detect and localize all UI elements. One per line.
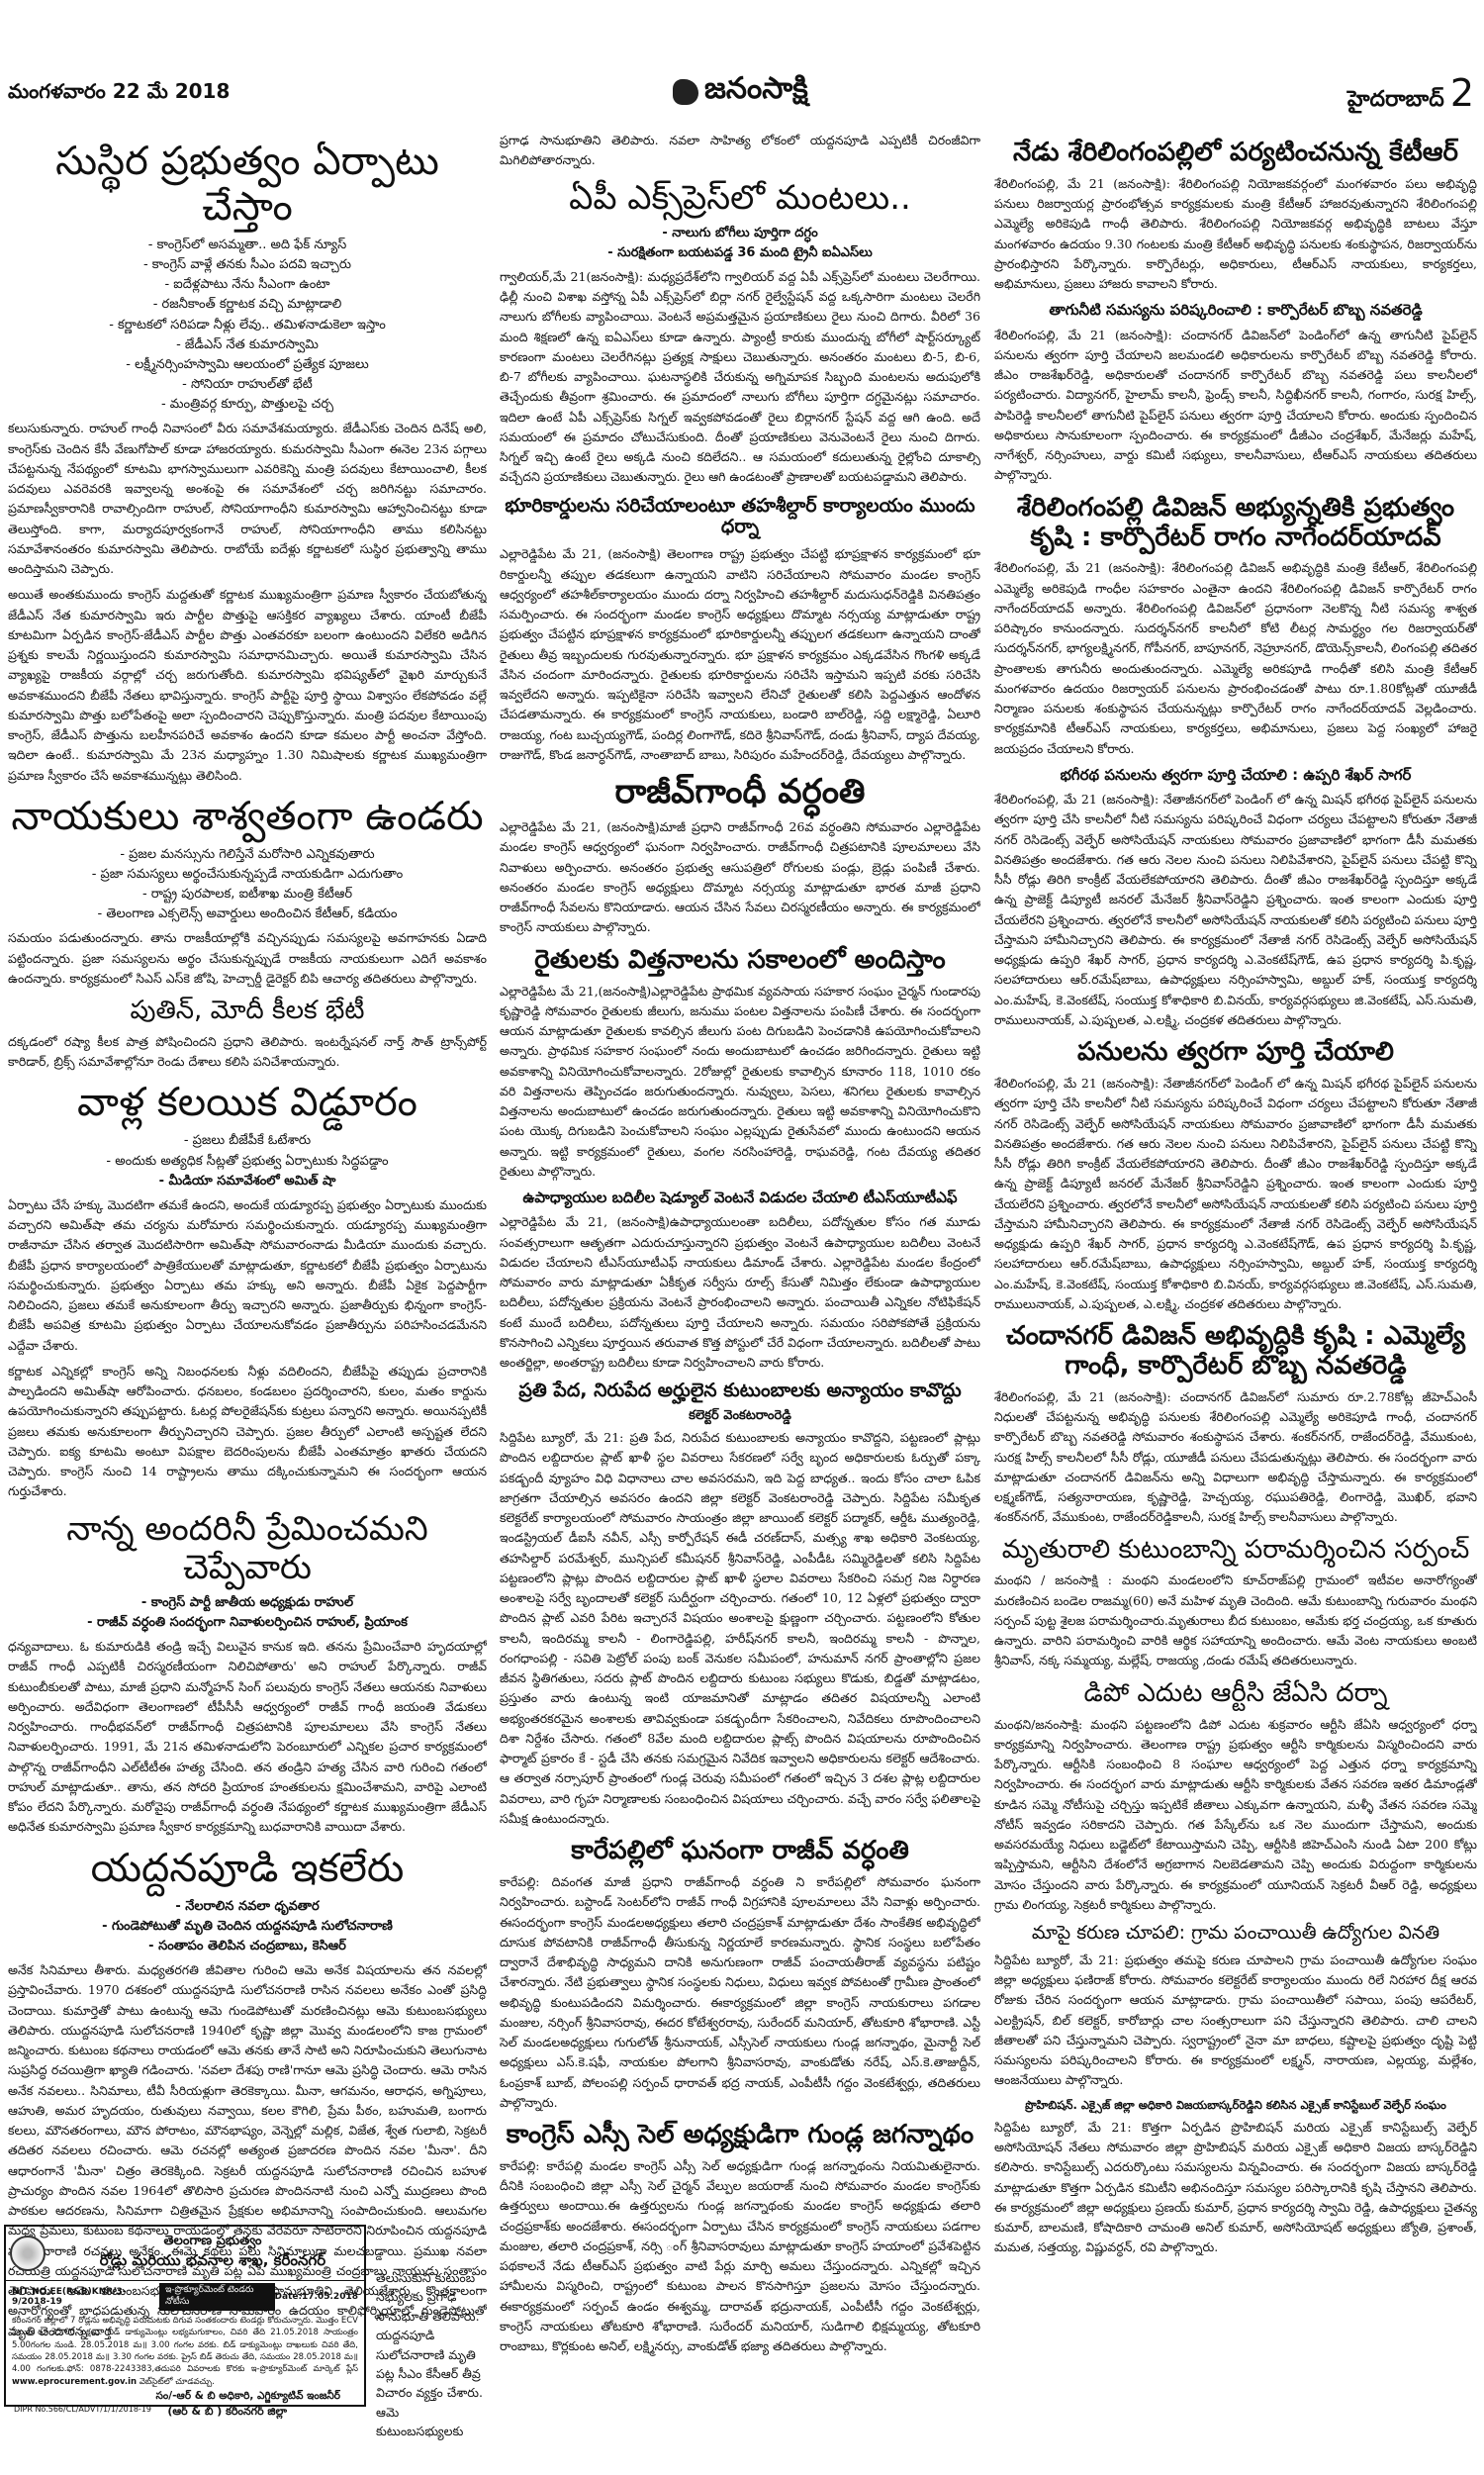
article-continuation: ప్రగాఢ సానుభూతిని తెలిపారు. నవలా సాహిత్య… bbox=[500, 131, 980, 171]
edition-city: హైదరాబాద్2 bbox=[1347, 71, 1474, 117]
headline-line: శేరిలింగంపల్లి డివిజన్ అభ్యున్నతికి ప్రభ… bbox=[1017, 493, 1454, 523]
headline: భగీరథ పనులను త్వరగా పూర్తి చేయాలి : ఉప్ప… bbox=[994, 767, 1477, 784]
ad-district: (ఆర్ & బి ) కరీంనగర్ జిల్లా bbox=[167, 2405, 287, 2421]
subhead: - అందుకు అత్యధిక సీట్లతో ప్రభుత్వ ఏర్పాట… bbox=[8, 1152, 487, 1172]
article-body: ఎల్లారెడ్డిపేట మే 21, (జనంసాక్షి) తెలంగా… bbox=[500, 544, 980, 765]
article-body: ఎల్లారెడ్డిపేట మే 21, (జనంసాక్షి)మాజీ ప్… bbox=[500, 817, 980, 938]
subhead: - కాంగ్రెస్‌లో అసమ్మతా.. అది ఫేక్ న్యూస్ bbox=[8, 236, 487, 255]
tender-notice-ad: తెలంగాణ ప్రభుత్వం రోడ్లు మరియు భవనాల శాఖ… bbox=[4, 2225, 366, 2407]
headline: ఏపీ ఎక్స్‌ప్రెస్‌లో మంటలు.. bbox=[500, 179, 980, 218]
article-seeds-for-farmers: రైతులకు విత్తనాలను సకాలంలో అందిస్తాం ఎల్… bbox=[500, 946, 980, 1182]
article-body: ఎల్లారెడ్డిపేట మే 21,(జనంసాక్షి)ఎల్లారెడ… bbox=[500, 982, 980, 1183]
subhead: - రాష్ట్ర పురపాలక, ఐటీశాఖ మంత్రి కేటీఆర్ bbox=[8, 885, 487, 904]
article-teacher-transfers: ఉపాధ్యాయుల బదిలీల షెడ్యూల్ వెంటనే విడుదల… bbox=[500, 1190, 980, 1373]
ad-date: Date:17.05.2018 bbox=[275, 2292, 359, 2302]
headline: మాపై కరుణ చూపలి: గ్రామ పంచాయితీ ఉద్యోగుల… bbox=[994, 1923, 1477, 1945]
left-column: సుస్థిర ప్రభుత్వం ఏర్పాటు చేస్తాం - కాంగ… bbox=[8, 131, 487, 2397]
headline: కాంగ్రెస్ ఎస్సీ సెల్ అధ్యక్షుడిగా గుండ్ల… bbox=[500, 2121, 980, 2150]
ad-footer: DIPR No.566/CL/ADVT/1/1/2018-19 (ఆర్ & బ… bbox=[6, 2405, 364, 2421]
article-body: కర్ణాటక ఎన్నికల్లో కాంగ్రెస్ అన్ని నిబంధ… bbox=[8, 1362, 487, 1502]
article-drinking-water: తాగునీటి సమస్యను పరిష్కరించాలి : కార్పొర… bbox=[994, 302, 1477, 485]
subhead: - ప్రజల మనస్సును గెలిస్తేనే మరోసారి ఎన్న… bbox=[8, 845, 487, 865]
city-name: హైదరాబాద్ bbox=[1347, 87, 1444, 112]
ad-dept-title: రోడ్లు మరియు భవనాల శాఖ, కరీంనగర్ bbox=[65, 2251, 360, 2273]
headline: సుస్థిర ప్రభుత్వం ఏర్పాటు చేస్తాం bbox=[8, 139, 487, 230]
article-ktr-visit: నేడు శేరిలింగంపల్లిలో పర్యటించనున్న కేటీ… bbox=[994, 139, 1477, 294]
ad-body-text: కరీంనగర్ జిల్లాలో 7 రోడ్లను అభివృద్ధి పర… bbox=[12, 2316, 358, 2374]
article-body: శేరిలింగంపల్లి, మే 21 (జనంసాక్షి): శేరిల… bbox=[994, 558, 1477, 759]
subheads: - ప్రజలు బీజేపీకే ఓటేశారు - అందుకు అత్యధ… bbox=[8, 1131, 487, 1190]
ad-gov-title: తెలంగాణ ప్రభుత్వం bbox=[65, 2234, 360, 2251]
article-body: కారేపల్లి: కారేపల్లి మండల కాంగ్రెస్ ఎస్స… bbox=[500, 2156, 980, 2357]
masthead: మంగళవారం 22 మే 2018 జనంసాక్షి హైదరాబాద్2 bbox=[0, 67, 1484, 117]
headline: యద్దనపూడి ఇకలేరు bbox=[8, 1846, 487, 1891]
ad-website-suffix: వెబ్‌సైట్‌లో చూడవచ్చు. bbox=[139, 2377, 215, 2387]
telangana-map-icon bbox=[673, 79, 698, 105]
article-body: శేరిలింగంపల్లి, మే 21 (జనంసాక్షి): నేతాజ… bbox=[994, 1074, 1477, 1314]
subhead: - మీడియా సమావేశంలో అమిత్ షా bbox=[8, 1172, 487, 1191]
article-land-records-dharna: భూరికార్డులను సరిచేయాలంటూ తహశీల్దార్ కార… bbox=[500, 496, 980, 765]
subheads: - కాంగ్రెస్ పార్టీ జాతీయ అధ్యక్షుడు రాహు… bbox=[8, 1593, 487, 1633]
newspaper-page: మంగళవారం 22 మే 2018 జనంసాక్షి హైదరాబాద్2… bbox=[0, 59, 1484, 2415]
headline: కారేపల్లిలో ఘనంగా రాజీవ్ వర్ధంతి bbox=[500, 1837, 980, 1866]
ad-website: www.eprocurement.gov.in bbox=[12, 2377, 137, 2387]
subhead: - ఐదేళ్లపాటు నేను సీఎంగా ఉంటా bbox=[8, 275, 487, 295]
article-panchayat-employees: మాపై కరుణ చూపలి: గ్రామ పంచాయితీ ఉద్యోగుల… bbox=[994, 1923, 1477, 2091]
subheads: - ప్రజల మనస్సును గెలిస్తేనే మరోసారి ఎన్న… bbox=[8, 845, 487, 925]
headline: రాజీవ్‌గాంధీ వర్ధంతి bbox=[500, 773, 980, 811]
article-body: సమయం పడుతుందన్నారు. తాను రాజకీయాల్లోకి వ… bbox=[8, 928, 487, 989]
article-body: మంథని/జనంసాక్షి: మంథని పట్టణంలోని డిపో ఎ… bbox=[994, 1715, 1477, 1916]
article-father-love: నాన్న అందరినీ ప్రేమించమని చెప్పేవారు - క… bbox=[8, 1510, 487, 1838]
subhead: - నాలుగు బోగీలు పూర్తిగా దగ్ధం bbox=[500, 224, 980, 243]
article-body: అయితే అంతకుముందు కాంగ్రెస్ మద్దతుతో కర్ణ… bbox=[8, 585, 487, 786]
headline: పనులను త్వరగా పూర్తి చేయాలి bbox=[994, 1038, 1477, 1068]
ad-meta-row: NIT NO.EE(R&B)KNR/3-9/2018-19 ఇ-ప్రొక్యూ… bbox=[6, 2281, 364, 2313]
article-body: సిద్దిపేట బ్యూరో, మే 21: ప్రతి పేద, నిరు… bbox=[500, 1428, 980, 1829]
headline: మృతురాలి కుటుంబాన్ని పరామర్శించిన సర్పంచ… bbox=[994, 1536, 1477, 1566]
subhead: - మంత్రివర్గ కూర్పు, పొత్తులపై చర్చ bbox=[8, 395, 487, 415]
headline-line: కృషి : కార్పొరేటర్ రాగం నాగేందర్‌యాదవ్ bbox=[1030, 523, 1440, 552]
article-excise-constables: ప్రొహిబిషన్. ఎక్సైజ్ జిల్లా అధికారి విజయ… bbox=[994, 2099, 1477, 2258]
subhead: - తెలంగాణ ఎక్సలెన్స్ అవార్డులు అందించిన … bbox=[8, 904, 487, 924]
article-no-injustice-poor: ప్రతి పేద, నిరుపేద అర్హులైన కుటుంబాలకు అ… bbox=[500, 1380, 980, 1829]
subhead: - కాంగ్రెస్ పార్టీ జాతీయ అధ్యక్షుడు రాహు… bbox=[8, 1593, 487, 1613]
article-body: మంథని / జనంసాక్షి : మంథని మండలంలోని కూచ్… bbox=[994, 1571, 1477, 1670]
headline: నాన్న అందరినీ ప్రేమించమని చెప్పేవారు bbox=[8, 1510, 487, 1587]
subheads: - కాంగ్రెస్‌లో అసమ్మతా.. అది ఫేక్ న్యూస్… bbox=[8, 236, 487, 415]
paper-logo: జనంసాక్షి bbox=[673, 71, 808, 113]
article-body: శేరిలింగంపల్లి, మే 21 (జనంసాక్షి): చందాన… bbox=[994, 1387, 1477, 1528]
right-column: నేడు శేరిలింగంపల్లిలో పర్యటించనున్న కేటీ… bbox=[994, 131, 1477, 2397]
subhead: - నేలరాలిన నవలా ధృవతార bbox=[8, 1897, 487, 1917]
article-alliance-strange: వాళ్ల కలయిక విడ్డూరం - ప్రజలు బీజేపీకే ఓ… bbox=[8, 1080, 487, 1501]
headline: నాయకులు శాశ్వతంగా ఉండరు bbox=[8, 794, 487, 839]
article-rajiv-anniversary: రాజీవ్‌గాంధీ వర్ధంతి ఎల్లారెడ్డిపేట మే 2… bbox=[500, 773, 980, 938]
article-sarpanch-consoles: మృతురాలి కుటుంబాన్ని పరామర్శించిన సర్పంచ… bbox=[994, 1536, 1477, 1671]
headline: భూరికార్డులను సరిచేయాలంటూ తహశీల్దార్ కార… bbox=[500, 496, 980, 539]
headline-line: చందానగర్ డివిజన్ అభివృద్ధికి కృషి : ఎమ్మ… bbox=[1006, 1321, 1465, 1351]
subhead: - గుండెపోటుతో మృతి చెందిన యద్దనపూడి సులో… bbox=[8, 1917, 487, 1937]
ad-body: కరీంనగర్ జిల్లాలో 7 రోడ్లను అభివృద్ధి పర… bbox=[6, 2313, 364, 2390]
article-body: శేరిలింగంపల్లి, మే 21 (జనంసాక్షి): నేతాజ… bbox=[994, 790, 1477, 1030]
article-body: సిద్దిపేట బ్యూరో, మే 21: కొత్తగా ఏర్పడిన… bbox=[994, 2118, 1477, 2258]
paper-name: జనంసాక్షి bbox=[704, 71, 808, 113]
page-number: 2 bbox=[1450, 71, 1474, 115]
article-body: సిద్దిపేట బ్యూరో, మే 21: ప్రభుత్వం తమపై … bbox=[994, 1951, 1477, 2091]
subhead: - కాంగ్రెస్ వాళ్లే తనకు సీఎం పదవి ఇచ్చార… bbox=[8, 255, 487, 275]
article-body: దక్కడంలో రష్యా కీలక పాత్ర పోషించిందని ప్… bbox=[8, 1032, 487, 1073]
headline: ప్రతి పేద, నిరుపేద అర్హులైన కుటుంబాలకు అ… bbox=[500, 1380, 980, 1402]
ad-header: తెలంగాణ ప్రభుత్వం రోడ్లు మరియు భవనాల శాఖ… bbox=[6, 2227, 364, 2281]
byline: కలెక్టర్ వెంకటరాంరెడ్డి bbox=[500, 1408, 980, 1426]
subhead: - సురక్షితంగా బయటపడ్డ 36 మంది ట్రైనీ ఐఏఎ… bbox=[500, 243, 980, 263]
headline: ఉపాధ్యాయుల బదిలీల షెడ్యూల్ వెంటనే విడుదల… bbox=[500, 1190, 980, 1206]
article-bhagiratha-works: భగీరథ పనులను త్వరగా పూర్తి చేయాలి : ఉప్ప… bbox=[994, 767, 1477, 1030]
article-ap-express-fire: ఏపీ ఎక్స్‌ప్రెస్‌లో మంటలు.. - నాలుగు బోగ… bbox=[500, 179, 980, 488]
article-body: కలుసుకున్నారు. రాహుల్ గాంధీ నివాసంలో వీర… bbox=[8, 419, 487, 579]
headline: పుతిన్, మోదీ కీలక భేటీ bbox=[8, 997, 487, 1026]
headline: తాగునీటి సమస్యను పరిష్కరించాలి : కార్పొర… bbox=[994, 302, 1477, 319]
article-body: ధన్యవాదాలు. ఓ కుమారుడికి తండ్రి ఇచ్చే వి… bbox=[8, 1637, 487, 1838]
article-karepally-rajiv: కారేపల్లిలో ఘనంగా రాజీవ్ వర్ధంతి కారేపల్… bbox=[500, 1837, 980, 2113]
headline: శేరిలింగంపల్లి డివిజన్ అభ్యున్నతికి ప్రభ… bbox=[994, 494, 1477, 553]
subheads: - నేలరాలిన నవలా ధృవతార - గుండెపోటుతో మృత… bbox=[8, 1897, 487, 1956]
headline: వాళ్ల కలయిక విడ్డూరం bbox=[8, 1080, 487, 1125]
ad-signatory: సం/-ఆర్ & బి అధికారి, ఎగ్జిక్యూటివ్ ఇంజన… bbox=[6, 2390, 364, 2405]
headline-line: గాంధీ, కార్పొరేటర్ బొబ్బ నవతరెడ్డి bbox=[1065, 1351, 1406, 1380]
ad-dipr-number: DIPR No.566/CL/ADVT/1/1/2018-19 bbox=[14, 2405, 151, 2421]
headline: డిపో ఎదుట ఆర్టీసి జేఏసి దర్నా bbox=[994, 1679, 1477, 1709]
subhead: - ప్రజలు బీజేపీకే ఓటేశారు bbox=[8, 1131, 487, 1151]
article-sc-cell-president: కాంగ్రెస్ ఎస్సీ సెల్ అధ్యక్షుడిగా గుండ్ల… bbox=[500, 2121, 980, 2356]
article-leaders-not-permanent: నాయకులు శాశ్వతంగా ఉండరు - ప్రజల మనస్సును… bbox=[8, 794, 487, 989]
subhead: - రజనీకాంత్ కర్ణాటక వచ్చి మాట్లాడాలి bbox=[8, 295, 487, 315]
article-stable-government: సుస్థిర ప్రభుత్వం ఏర్పాటు చేస్తాం - కాంగ… bbox=[8, 139, 487, 786]
subhead: - సోనియా రాహుల్‌తో భేటీ bbox=[8, 375, 487, 395]
article-complete-works: పనులను త్వరగా పూర్తి చేయాలి శేరిలింగంపల్… bbox=[994, 1038, 1477, 1314]
article-body: గ్వాలియర్,మే 21(జనంసాక్షి): మధ్యప్రదేశ్‌… bbox=[500, 267, 980, 488]
headline: రైతులకు విత్తనాలను సకాలంలో అందిస్తాం bbox=[500, 946, 980, 976]
subhead: - జేడీఎస్ నేత కుమారస్వామి bbox=[8, 335, 487, 355]
article-putin-modi: పుతిన్, మోదీ కీలక భేటీ దక్కడంలో రష్యా కీ… bbox=[8, 997, 487, 1072]
article-body: శేరిలింగంపల్లి, మే 21 (జనంసాక్షి): చందాన… bbox=[994, 326, 1477, 486]
government-seal-icon bbox=[10, 2236, 46, 2271]
subhead: - రాజీవ్ వర్ధంతి సందర్భంగా నివాళులర్పించ… bbox=[8, 1613, 487, 1633]
article-continuation: తెలుసుకుని కుటుంబ సభ్యులకు ప్రగాఢ సానుభూ… bbox=[376, 2268, 483, 2440]
headline: నేడు శేరిలింగంపల్లిలో పర్యటించనున్న కేటీ… bbox=[994, 139, 1477, 168]
ad-nit-number: NIT NO.EE(R&B)KNR/3-9/2018-19 bbox=[12, 2287, 159, 2307]
headline: ప్రొహిబిషన్. ఎక్సైజ్ జిల్లా అధికారి విజయ… bbox=[994, 2099, 1477, 2112]
ad-notice-label: ఇ-ప్రొక్యూర్‌మెంట్ టెండరు నోటీసు bbox=[159, 2283, 274, 2311]
article-body: శేరిలింగంపల్లి, మే 21 (జనంసాక్షి): శేరిల… bbox=[994, 174, 1477, 295]
article-body: ఎల్లారెడ్డిపేట మే 21, (జనంసాక్షి)ఉపాధ్యా… bbox=[500, 1212, 980, 1373]
middle-column: ప్రగాఢ సానుభూతిని తెలిపారు. నవలా సాహిత్య… bbox=[500, 131, 980, 2397]
article-chandanagar-division: చందానగర్ డివిజన్ అభివృద్ధికి కృషి : ఎమ్మ… bbox=[994, 1322, 1477, 1528]
issue-date: మంగళవారం 22 మే 2018 bbox=[8, 79, 230, 108]
article-rtc-jac-dharna: డిపో ఎదుట ఆర్టీసి జేఏసి దర్నా మంథని/జనంస… bbox=[994, 1679, 1477, 1915]
headline: చందానగర్ డివిజన్ అభివృద్ధికి కృషి : ఎమ్మ… bbox=[994, 1322, 1477, 1381]
article-serilingampally-division: శేరిలింగంపల్లి డివిజన్ అభ్యున్నతికి ప్రభ… bbox=[994, 494, 1477, 759]
subhead: - సంతాపం తెలిపిన చంద్రబాబు, కెసిఆర్ bbox=[8, 1937, 487, 1956]
subhead: - ప్రజా సమస్యలు అర్థంచేసుకున్నప్పడే నాయక… bbox=[8, 865, 487, 885]
article-body: కారేపల్లి: దివంగత మాజీ ప్రధాని రాజీవ్‌గా… bbox=[500, 1872, 980, 2113]
article-body: ఏర్పాటు చేసే హక్కు మొదటిగా తమకే ఉందని, అ… bbox=[8, 1195, 487, 1356]
subheads: - నాలుగు బోగీలు పూర్తిగా దగ్ధం - సురక్షి… bbox=[500, 224, 980, 263]
subhead: - లక్ష్మీనర్సింహస్వామి ఆలయంలో ప్రత్యేక ప… bbox=[8, 355, 487, 375]
subhead: - కర్ణాటకలో సరిపడా నీళ్లు లేవు.. తమిళనాడ… bbox=[8, 316, 487, 335]
